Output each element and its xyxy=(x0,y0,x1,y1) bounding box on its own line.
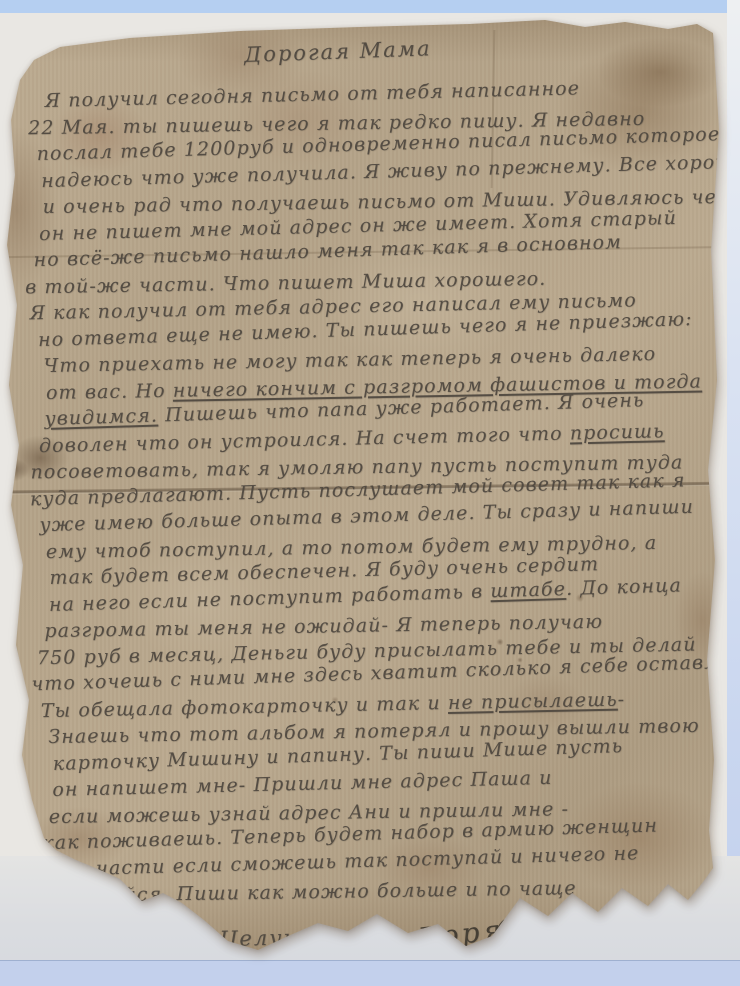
letter-heading: Дорогая Мама xyxy=(18,25,659,78)
letter-paper-wrap: Дорогая Мама Я получил сегодня письмо от… xyxy=(0,0,740,986)
photo-of-letter: Дорогая Мама Я получил сегодня письмо от… xyxy=(0,0,740,986)
letter-closing-row: Целую крепко Боря xyxy=(219,901,735,966)
letter-content: Дорогая Мама Я получил сегодня письмо от… xyxy=(18,24,735,970)
letter-closing: Целую крепко xyxy=(219,923,402,950)
signature-flourish xyxy=(489,902,700,962)
letter-paper: Дорогая Мама Я получил сегодня письмо от… xyxy=(0,0,740,986)
signature: Боря xyxy=(417,902,700,963)
letter-body: Я получил сегодня письмо от тебя написан… xyxy=(18,76,733,910)
signature-name: Боря xyxy=(416,913,505,955)
